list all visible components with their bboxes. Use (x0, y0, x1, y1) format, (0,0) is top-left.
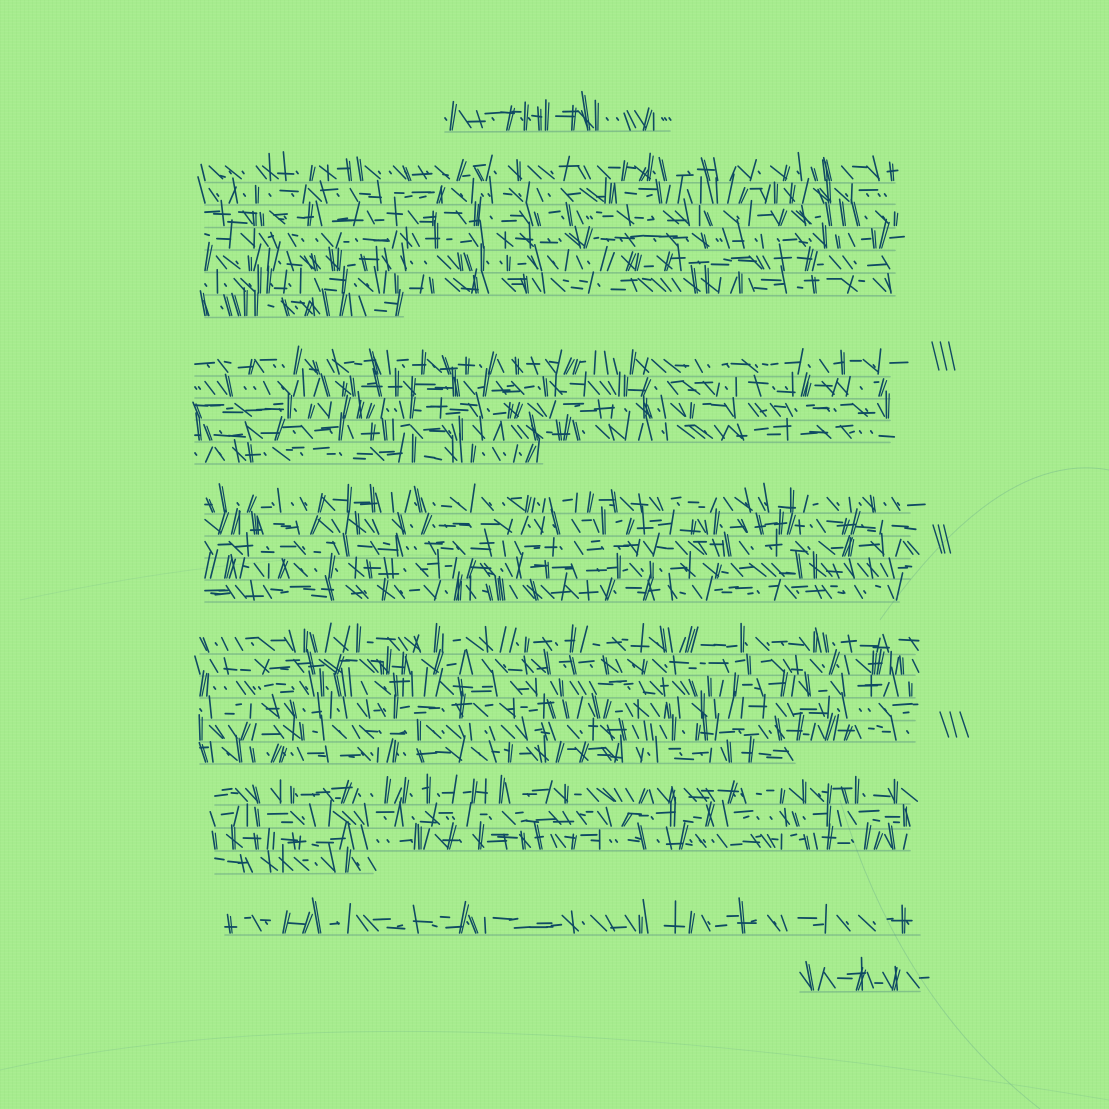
signature-scribble (800, 958, 929, 993)
paragraph-1-scribble (198, 152, 904, 318)
title-scribble (445, 92, 671, 132)
paragraph-3-scribble (205, 483, 925, 602)
paragraph-2-scribble (193, 346, 908, 464)
closing-scribble (225, 898, 920, 935)
margin-mark-2 (933, 525, 951, 553)
paragraph-5-scribble (210, 774, 917, 874)
asemic-document-page: [illegible asemic title] [illegible asem… (0, 0, 1109, 1109)
scribble-canvas (0, 0, 1109, 1109)
margin-mark-3 (940, 712, 968, 737)
paragraph-4-scribble (195, 623, 919, 764)
margin-mark-1 (932, 342, 955, 370)
